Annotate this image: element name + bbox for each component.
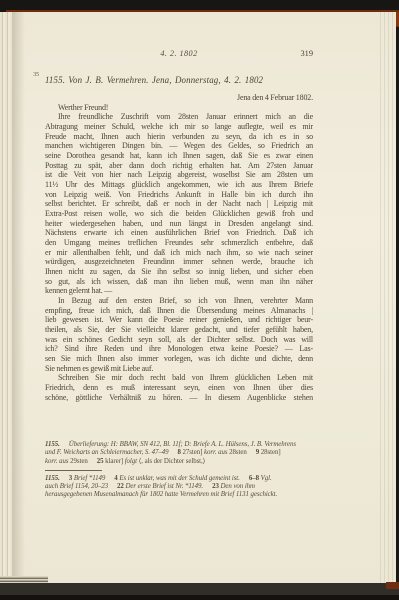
letter-line: er mir allenthalben fehlt, und daß ich m… — [45, 248, 313, 258]
apparatus-footnotes: 1155.Überlieferung: H: BBAW, SN 412, Bl.… — [45, 441, 313, 500]
letter-line: sen Sie mich Ihnen also immer vorlegen, … — [45, 354, 313, 364]
apparatus-block-2: 1155.3 Brief *11494 Es ist unklar, was m… — [45, 475, 313, 500]
letter-line: den Umgang meines treflichen Freundes se… — [45, 238, 313, 248]
apparatus-line: 1155.3 Brief *11494 Es ist unklar, was m… — [45, 475, 313, 483]
letter-line: seine Dorothea gesandt hat, kann ich Ihn… — [45, 151, 313, 161]
letter-body: Jena den 4 Februar 1802.Werther Freund!I… — [45, 93, 313, 403]
apparatus-line: 1155.Überlieferung: H: BBAW, SN 412, Bl.… — [45, 441, 313, 449]
letter-line: Sie nehmen es gewiß mit Liebe auf. — [45, 364, 313, 374]
apparatus-divider-rule — [45, 470, 102, 471]
book-photo: 4. 2. 1802 319 35 1155. Von J. B. Vermeh… — [0, 0, 399, 600]
book-page: 4. 2. 1802 319 35 1155. Von J. B. Vermeh… — [13, 12, 396, 583]
letter-line: Extra-Post reisen wolle, wo sich die bei… — [45, 209, 313, 219]
letter-line: empfing, freue ich mich, daß Ihnen die Ü… — [45, 306, 313, 316]
letter-line: ist die Veit von hier nach Leipzig abger… — [45, 170, 313, 180]
letter-line: heiter wiedergesehen haben, und nun läng… — [45, 219, 313, 229]
facing-page-edge — [0, 12, 13, 583]
letter-line: 20so gut, als ich wissen, daß man ihn li… — [45, 277, 313, 287]
letter-line: 1011½ Uhr des Mittags glücklich angekomm… — [45, 180, 313, 190]
letter-line: was ein schönes Gedicht seyn soll, als d… — [45, 335, 313, 345]
letter-heading: 1155. Von J. B. Vermehren. Jena, Donners… — [45, 75, 263, 85]
letter-line: selbst berichtet. Er schreibt, daß er no… — [45, 199, 313, 209]
apparatus-line: auch Brief 1154, 20–2322 Der erste Brief… — [45, 483, 313, 491]
running-head-row: 4. 2. 1802 319 — [45, 49, 313, 60]
page-fore-edge — [377, 12, 396, 583]
gutter-shadow — [13, 12, 25, 583]
letter-line: von Leipzig weiß. Von Friedrichs Ankunft… — [45, 190, 313, 200]
book-bottom-edge — [0, 583, 399, 600]
letter-line: Ihre freundliche Zuschrift vom 28sten Ja… — [45, 112, 313, 122]
letter-line: Werther Freund! — [45, 103, 313, 113]
letter-line: lieb gewesen ist. Wer kann die Poesie re… — [45, 315, 313, 325]
letter-line: schöne, göttliche Verhältniß zu hören. —… — [45, 393, 313, 403]
letter-line: Abtragung meiner Schuld, welche ich mir … — [45, 122, 313, 132]
apparatus-line: herausgegebenen Musenalmanach für 1802 h… — [45, 491, 313, 499]
letter-line: Jena den 4 Februar 1802. — [45, 93, 313, 103]
letter-line: Friedrich, denn es muß interessant seyn,… — [45, 383, 313, 393]
apparatus-line: und F. Weicharts an Schleiermacher, S. 4… — [45, 449, 313, 457]
letter-line: würdigen, ausgezeichneten Freundinn imme… — [45, 257, 313, 267]
letter-line: Posttag zu spät, aber dann doch richtig … — [45, 161, 313, 171]
apparatus-block-1: 1155.Überlieferung: H: BBAW, SN 412, Bl.… — [45, 441, 313, 466]
letter-line: manchen wichtigeren Dingen bin. — Wegen … — [45, 141, 313, 151]
heading-margin-number: 35 — [28, 72, 39, 78]
running-head-date: 4. 2. 1802 — [45, 49, 313, 58]
letter-line: 25theilen, als Sie, der Sie vielleicht k… — [45, 325, 313, 335]
letter-heading-row: 35 1155. Von J. B. Vermehren. Jena, Donn… — [45, 70, 345, 88]
letter-line: 5Freude macht, Ihnen auch hierin verbund… — [45, 132, 313, 142]
apparatus-line: korr. aus 29sten25 klarer] folgt ⟨, als … — [45, 458, 313, 466]
letter-line: 15Nächstens erwarte ich einen ausführlic… — [45, 228, 313, 238]
letter-line: ich? Sind ihre Reden und ihre Monologen … — [45, 344, 313, 354]
letter-line: kennen gelernt hat. — — [45, 286, 313, 296]
book-cover-bottom-right — [386, 582, 399, 589]
letter-line: Ihnen nicht zu sagen, da Sie ihn selbst … — [45, 267, 313, 277]
letter-line: 30Schreiben Sie mir doch recht bald von … — [45, 373, 313, 383]
letter-line: In Bezug auf den ersten Brief, so ich vo… — [45, 296, 313, 306]
page-number: 319 — [300, 49, 313, 58]
